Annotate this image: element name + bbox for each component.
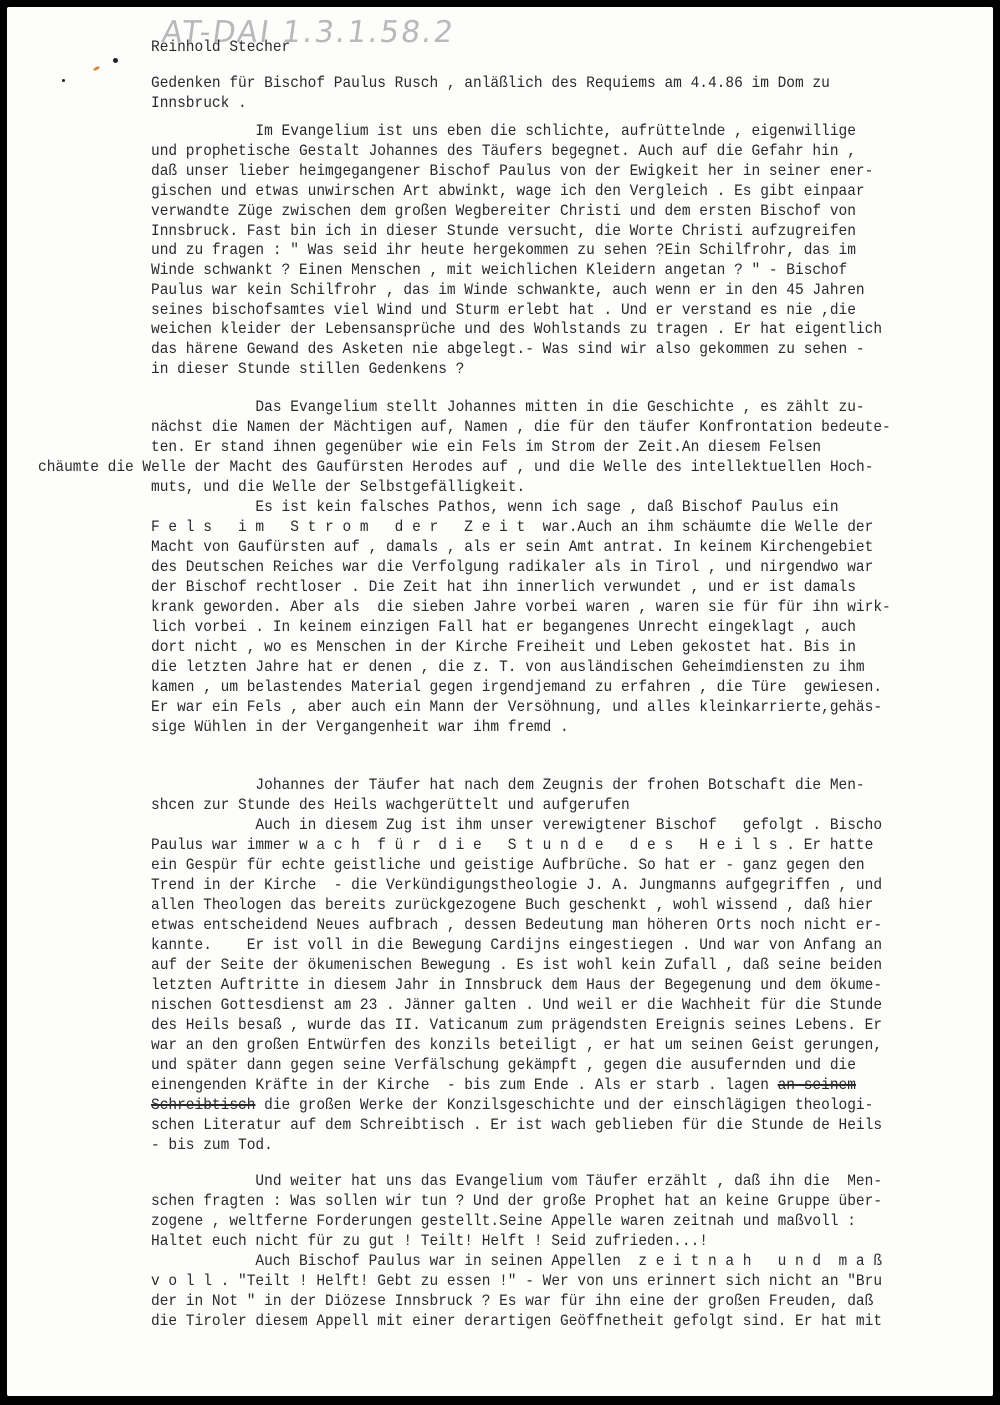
text-line: Winde schwankt ? Einen Menschen , mit we… (151, 261, 847, 280)
text-line: v o l l . "Teilt ! Helft! Gebt zu essen … (151, 1272, 882, 1291)
text-line: Er war ein Fels , aber auch ein Mann der… (151, 698, 882, 717)
text-line-with-strikethrough: einengenden Kräfte in der Kirche - bis z… (151, 1076, 856, 1095)
text-line: das härene Gewand des Asketen nie abgele… (151, 340, 865, 359)
text-line: und zu fragen : " Was seid ihr heute her… (151, 241, 856, 260)
text-line: schen fragten : Was sollen wir tun ? Und… (151, 1192, 882, 1211)
text-line: Haltet euch nicht für zu gut ! Teilt! He… (151, 1232, 708, 1251)
text-line: die Tiroler diesem Appell mit einer dera… (151, 1312, 882, 1331)
text-line: shcen zur Stunde des Heils wachgerüttelt… (151, 796, 630, 815)
author-name: Reinhold Stecher (151, 38, 290, 57)
text-line: die letzten Jahre hat er denen , die z. … (151, 658, 865, 677)
text-line: daß unser lieber heimgegangener Bischof … (151, 162, 873, 181)
text-line: nächst die Namen der Mächtigen auf, Name… (151, 418, 891, 437)
struck-text: an seinem (778, 1076, 856, 1094)
text-line: und prophetische Gestalt Johannes des Tä… (151, 142, 856, 161)
text-line: ein Gespür für echte geistliche und geis… (151, 856, 865, 875)
text-line: Trend in der Kirche - die Verkündigungst… (151, 876, 882, 895)
text-line: Johannes der Täufer hat nach dem Zeugnis… (151, 776, 865, 795)
text-line: Auch in diesem Zug ist ihm unser verewig… (151, 816, 882, 835)
text-line: weichen kleider der Lebensansprüche und … (151, 320, 882, 339)
text-line: lich vorbei . In keinem einzigen Fall ha… (151, 618, 856, 637)
text-line-with-strikethrough: Schreibtisch die großen Werke der Konzil… (151, 1096, 873, 1115)
text-line: etwas entscheidend Neues aufbrach , dess… (151, 916, 882, 935)
text-span: einengenden Kräfte in der Kirche - bis z… (151, 1076, 778, 1094)
text-line-overhang: chäumte die Welle der Macht des Gaufürst… (38, 458, 873, 477)
text-line: - bis zum Tod. (151, 1136, 273, 1155)
text-line: Im Evangelium ist uns eben die schlichte… (151, 122, 856, 141)
text-line: krank geworden. Aber als die sieben Jahr… (151, 598, 891, 617)
text-line: des Deutschen Reiches war die Verfolgung… (151, 558, 873, 577)
text-line: Auch Bischof Paulus war in seinen Appell… (151, 1252, 882, 1271)
text-line: allen Theologen das bereits zurückgezoge… (151, 896, 873, 915)
text-line: Macht von Gaufürsten auf , damals , als … (151, 538, 873, 557)
text-span: die großen Werke der Konzilsgeschichte u… (255, 1096, 873, 1114)
text-line-spaced: F e l s i m S t r o m d e r Z e i t war.… (151, 518, 873, 537)
text-line: kamen , um belastendes Material gegen ir… (151, 678, 882, 697)
text-line: Innsbruck. Fast bin ich in dieser Stunde… (151, 222, 856, 241)
text-line: zogene , weltferne Forderungen gestellt.… (151, 1212, 856, 1231)
text-line: sige Wühlen in der Vergangenheit war ihm… (151, 718, 569, 737)
text-line: dort nicht , wo es Menschen in der Kirch… (151, 638, 856, 657)
text-line: war an den großen Entwürfen des konzils … (151, 1036, 882, 1055)
ink-speck (93, 66, 101, 72)
ink-speck (113, 58, 118, 63)
text-line: verwandte Züge zwischen dem großen Wegbe… (151, 202, 856, 221)
text-line: auf der Seite der ökumenischen Bewegung … (151, 956, 882, 975)
text-line: kannte. Er ist voll in die Bewegung Card… (151, 936, 882, 955)
text-line: nischen Gottesdienst am 23 . Jänner galt… (151, 996, 882, 1015)
title-line: Gedenken für Bischof Paulus Rusch , anlä… (151, 74, 830, 93)
text-line: in dieser Stunde stillen Gedenkens ? (151, 360, 464, 379)
text-line-spaced: Paulus war immer w a c h f ü r d i e S t… (151, 836, 873, 855)
title-line: Innsbruck . (151, 94, 247, 113)
text-line: der in Not " in der Diözese Innsbruck ? … (151, 1292, 873, 1311)
text-line: ten. Er stand ihnen gegenüber wie ein Fe… (151, 438, 821, 457)
text-line: gischen und etwas unwirschen Art abwinkt… (151, 182, 865, 201)
text-line: Paulus war kein Schilfrohr , das im Wind… (151, 281, 865, 300)
text-line: seines bischofsamtes viel Wind und Sturm… (151, 301, 856, 320)
text-line: der Bischof rechtloser . Die Zeit hat ih… (151, 578, 856, 597)
text-line: muts, und die Welle der Selbstgefälligke… (151, 478, 525, 497)
text-line: Und weiter hat uns das Evangelium vom Tä… (151, 1172, 882, 1191)
ink-speck (62, 79, 65, 82)
text-line: und später dann gegen seine Verfälschung… (151, 1056, 856, 1075)
struck-text: Schreibtisch (151, 1096, 255, 1114)
text-line: schen Literatur auf dem Schreibtisch . E… (151, 1116, 882, 1135)
text-line: Das Evangelium stellt Johannes mitten in… (151, 398, 865, 417)
text-line: des Heils besaß , wurde das II. Vaticanu… (151, 1016, 882, 1035)
text-line: letzten Auftritte in diesem Jahr in Inns… (151, 976, 882, 995)
text-line: Es ist kein falsches Pathos, wenn ich sa… (151, 498, 839, 517)
